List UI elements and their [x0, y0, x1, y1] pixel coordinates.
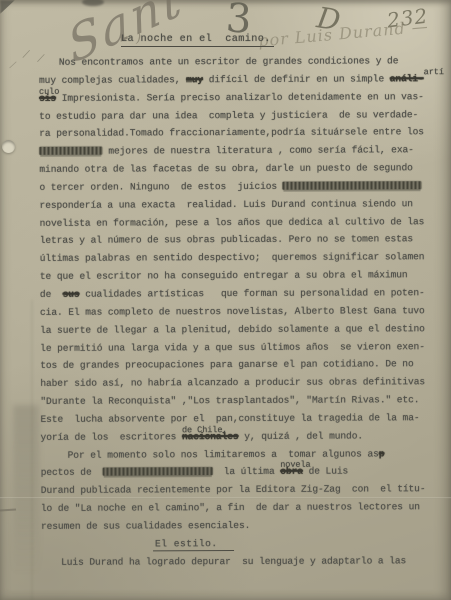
- typed-text: novelista en formación, pese a los años …: [40, 216, 425, 229]
- typed-text: minando otra de las facetas de su obra, …: [39, 162, 412, 175]
- overtyped-strikeout: [283, 181, 421, 190]
- typed-line: Luis Durand ha logrado depurar su lengua…: [41, 552, 439, 572]
- typed-line: minando otra de las facetas de su obra, …: [39, 159, 437, 179]
- typed-text: tos de grandes preocupaciones para ganar…: [40, 359, 413, 372]
- typed-text: la suerte de llegar a la plenitud, debid…: [40, 323, 425, 336]
- scanned-typescript-page: Sant 3 D 232 por Luis Durand — ) / / / L…: [0, 0, 451, 600]
- typed-line: Este lucha absorvente por el pan,constit…: [40, 409, 438, 429]
- paper-fold-line: [31, 300, 33, 600]
- paper-hole-spot: [2, 140, 15, 153]
- pencil-margin-dash: [0, 508, 16, 511]
- typed-text: y, quizá , del mundo.: [239, 430, 364, 442]
- typed-line: yoría de los escritores de Chile,naciona…: [41, 427, 439, 447]
- struck-text: sus: [63, 289, 80, 300]
- paper-smudge: [13, 405, 39, 575]
- typed-text: resumen de sus cualidades esenciales.: [41, 520, 250, 532]
- typed-line: te que el escritor no ha conseguido entr…: [40, 266, 438, 286]
- typed-text: Impresionista. Sería preciso analizarlo …: [56, 91, 424, 104]
- typed-text: o tercer orden. Ninguno de estos juicios: [39, 181, 282, 193]
- paper-corner-stain: [0, 0, 15, 14]
- typed-line: le permitió una larga vida y a que sus ú…: [40, 338, 438, 358]
- typed-body: Nos encontramos ante un escritor de gran…: [39, 52, 439, 571]
- typed-text: yoría de los escritores: [41, 431, 182, 443]
- pencil-margin-tick: /: [9, 60, 16, 71]
- typed-line: letras y al número de sus obras publicad…: [40, 231, 438, 251]
- typed-text: te que el escritor no ha conseguido entr…: [40, 269, 408, 282]
- struck-text: muy: [186, 74, 203, 85]
- typed-line: respondería a una exacta realidad. Luis …: [39, 195, 437, 215]
- typed-text: cualidades artísticas que forman su pers…: [80, 287, 425, 300]
- typed-text: Este lucha absorvente por el pan,constit…: [40, 412, 419, 425]
- typed-text: Durand publicada recientemente por la Ed…: [41, 483, 426, 496]
- typed-line: muy complejas cualidades, muy difícil de…: [39, 70, 437, 90]
- typed-text: to estudio para dar una idea completa y …: [39, 109, 418, 122]
- handwritten-byline: por Luis Durand —: [257, 17, 429, 51]
- typed-line: tos de grandes preocupaciones para ganar…: [40, 355, 438, 375]
- typed-text: de: [40, 289, 63, 300]
- typed-text: muy complejas cualidades,: [39, 74, 186, 86]
- typed-text: "Durante la Reconquista" ,"Los trasplant…: [40, 394, 419, 407]
- typed-text: El estilo.: [153, 538, 234, 551]
- typed-text: ra personalidad.Tomado fraccionariamente…: [39, 127, 424, 140]
- typed-line: de sus cualidades artísticas que forman …: [40, 284, 438, 304]
- typed-text: Luis Durand ha logrado depurar su lengua…: [61, 555, 406, 568]
- typed-line: o tercer orden. Ninguno de estos juicios: [39, 177, 437, 197]
- document-title: La noche en el camino.: [121, 34, 274, 47]
- typed-line: la suerte de llegar a la plenitud, debid…: [40, 320, 438, 340]
- struck-text: p: [379, 448, 385, 459]
- typed-text: haber sido así, no habría alcanzado a pr…: [40, 376, 425, 389]
- typed-text: Por el momento solo nos limitaremos a to…: [68, 448, 379, 460]
- overtyped-strikeout: [39, 147, 102, 155]
- typed-text: letras y al número de sus obras publicad…: [40, 234, 413, 247]
- typed-text: mejores de nuestra literatura , como ser…: [103, 144, 414, 156]
- typed-line: últimas palabras en sentido despectivo; …: [40, 248, 438, 268]
- typed-line: haber sido así, no habría alcanzado a pr…: [40, 373, 438, 393]
- typed-line: mejores de nuestra literatura , como ser…: [39, 141, 437, 161]
- typed-text: cia. El mas completo de nuestros novelis…: [40, 305, 425, 318]
- typed-text: últimas palabras en sentido despectivo; …: [40, 251, 425, 264]
- typed-line: ra personalidad.Tomado fraccionariamente…: [39, 124, 437, 144]
- typed-text: respondería a una exacta realidad. Luis …: [40, 198, 413, 211]
- typed-line: "Durante la Reconquista" ,"Los trasplant…: [40, 391, 438, 411]
- typed-line: Por el momento solo nos limitaremos a to…: [41, 445, 439, 465]
- section-heading: El estilo.: [41, 534, 439, 554]
- typed-line: lo de "La noche en el camino", a fin de …: [41, 498, 439, 518]
- overtyped-strikeout: [103, 468, 212, 476]
- typed-line: pectos de la última novelaobra de Luis: [41, 463, 439, 483]
- typed-text: pectos de: [41, 467, 103, 478]
- typed-line: resumen de sus cualidades esenciales.: [41, 516, 439, 536]
- typed-line: Nos encontramos ante un escritor de gran…: [39, 52, 437, 72]
- typed-line: cia. El mas completo de nuestros novelis…: [40, 302, 438, 322]
- typed-text: le permitió una larga vida y a que sus ú…: [40, 341, 425, 354]
- typed-line: novelista en formación, pese a los años …: [40, 213, 438, 233]
- typed-text: la última: [212, 466, 280, 477]
- typed-line: culosis Impresionista. Sería preciso ana…: [39, 88, 437, 108]
- typed-line: to estudio para dar una idea completa y …: [39, 106, 437, 126]
- typed-text: difícil de definir en un simple: [203, 73, 390, 85]
- typed-text: lo de "La noche en el camino", a fin de …: [41, 501, 420, 514]
- typed-line: Durand publicada recientemente por la Ed…: [41, 480, 439, 500]
- struck-text: análi-: [390, 73, 424, 84]
- typed-text: Nos encontramos ante un escritor de gran…: [59, 55, 398, 67]
